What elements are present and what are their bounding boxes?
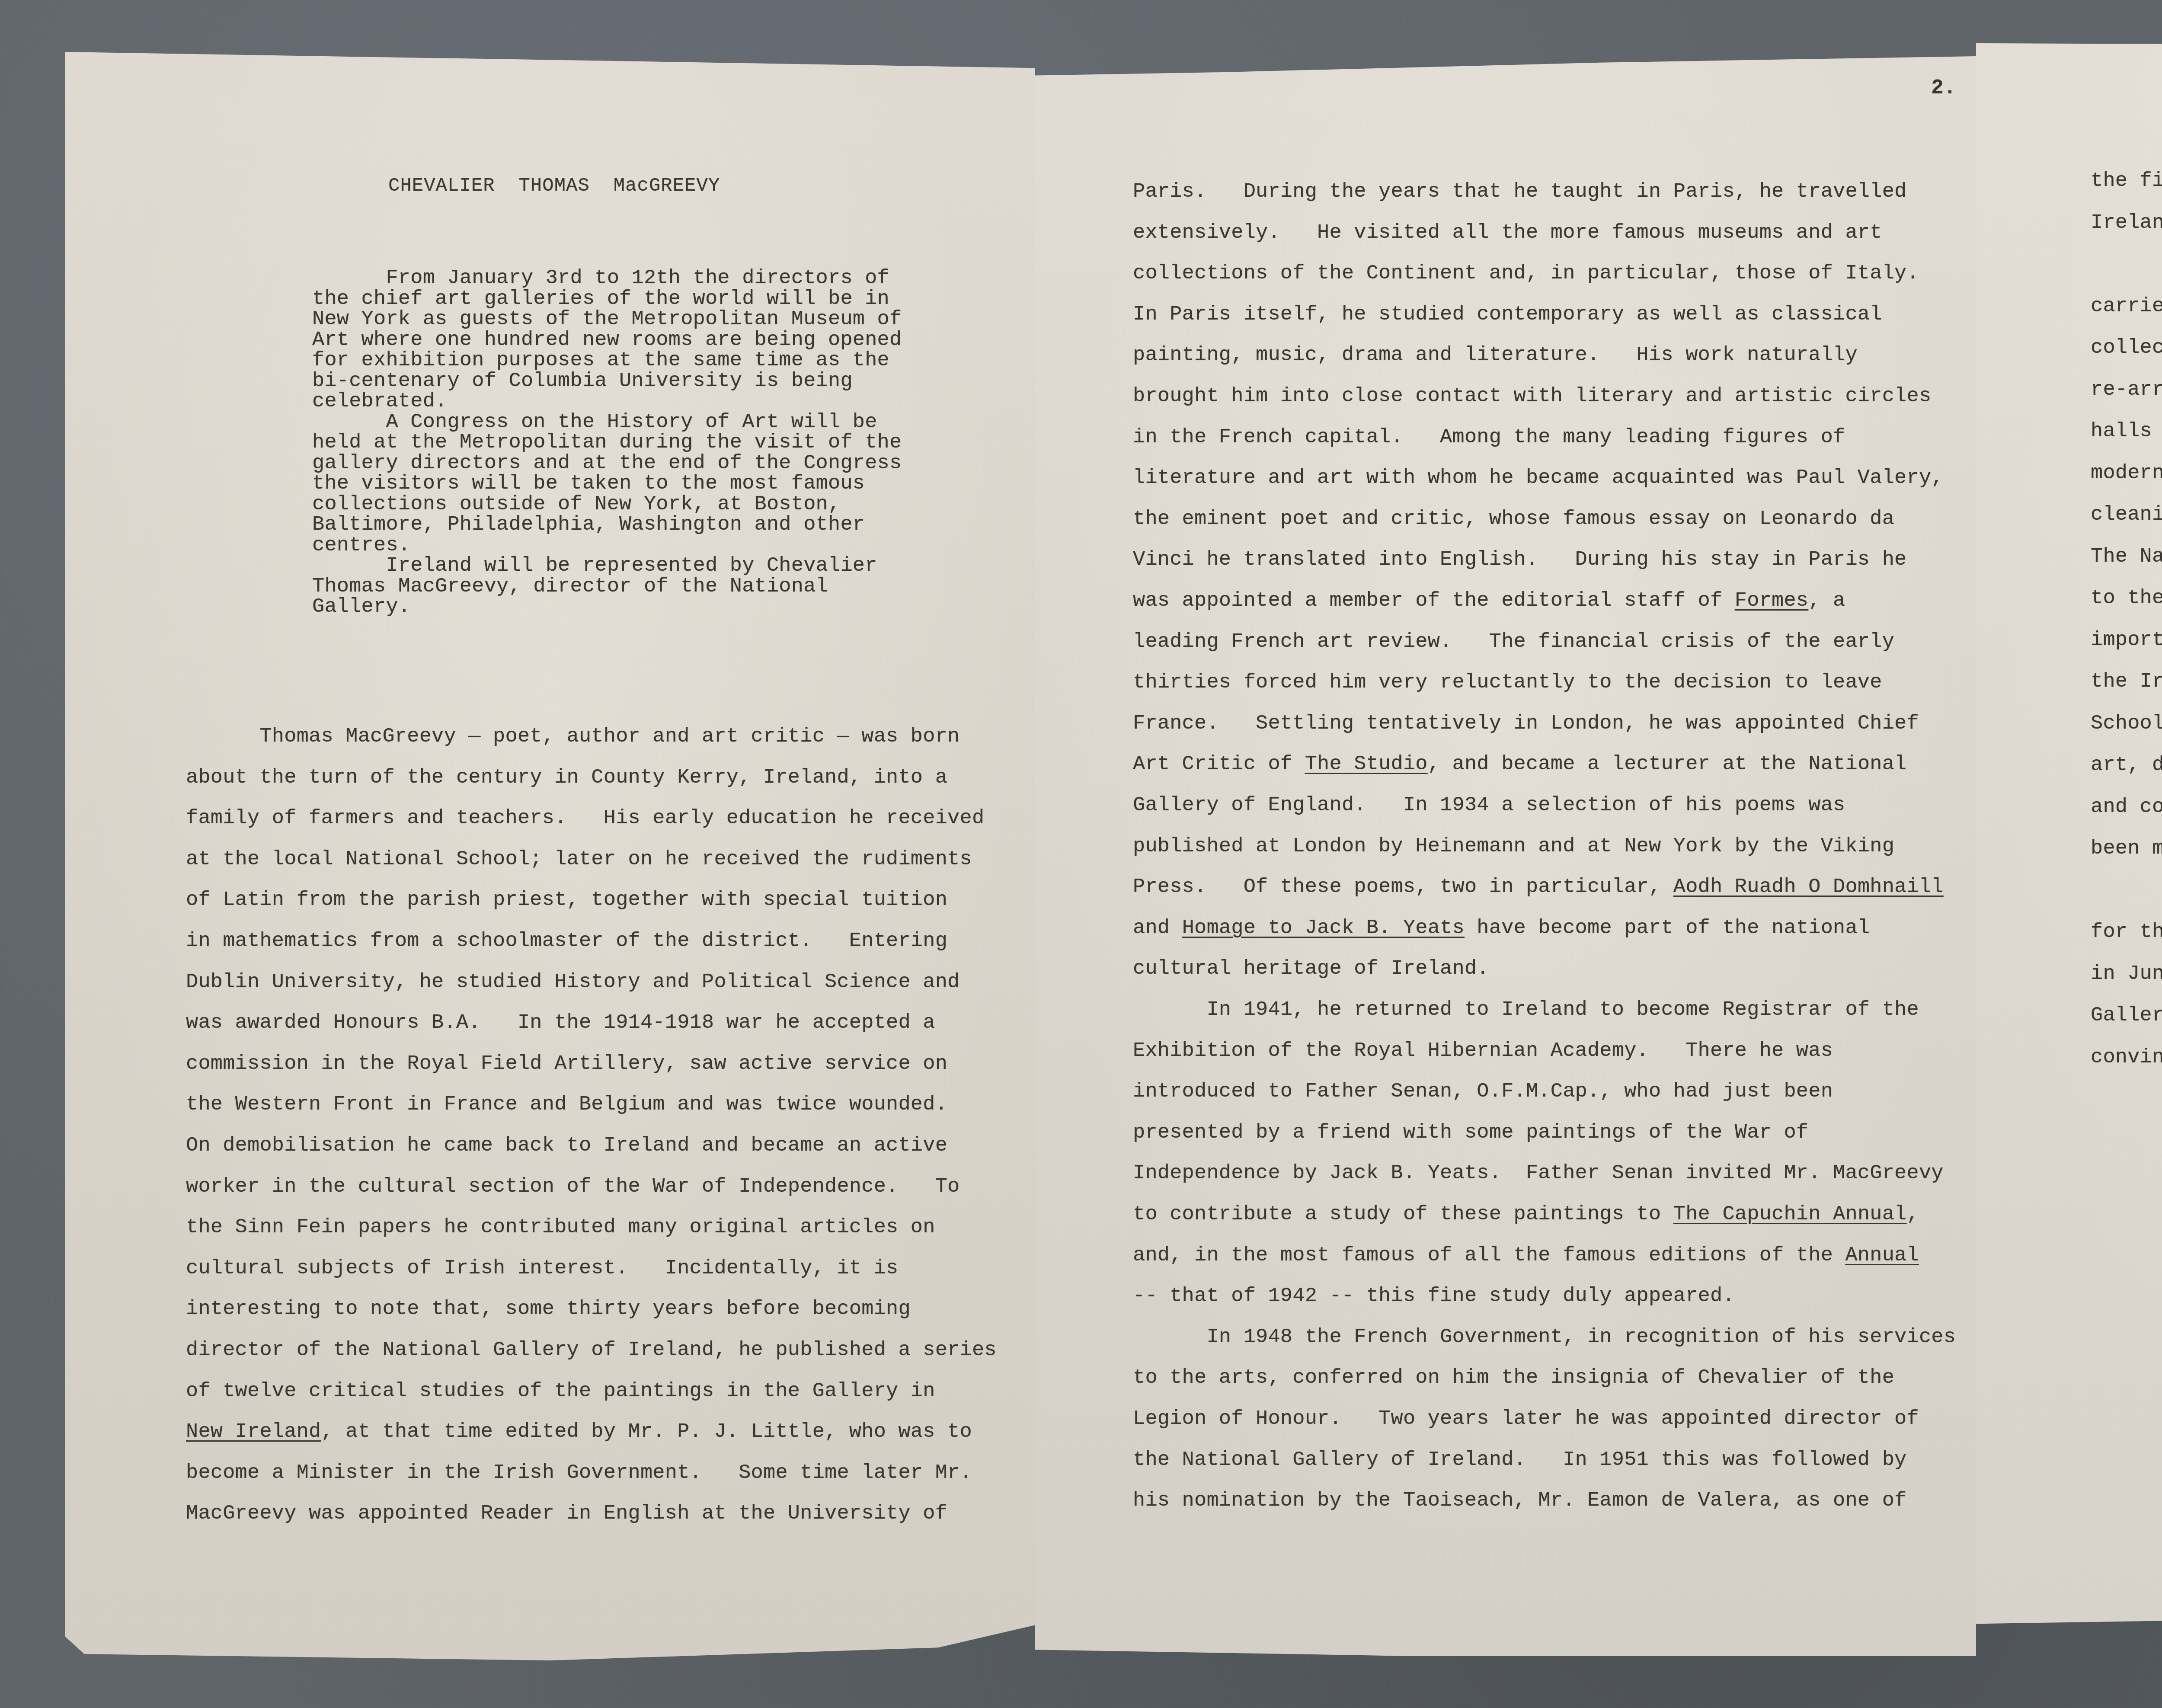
underlined-title: The Capuchin Annual [1673,1203,1907,1226]
text-line: at the local National School; later on h… [186,849,972,870]
text-line: A Congress on the History of Art will be [312,412,877,432]
text-line: The National Portrait Gallery has been r… [2091,547,2162,567]
text-line: New York as guests of the Metropolitan M… [312,309,902,329]
text-line: painting, music, drama and literature. H… [1133,345,1858,365]
text-line: In 1941, he returned to Ireland to becom… [1133,1000,1919,1020]
text-line: centres. [312,535,410,556]
text-line: celebrated. [312,391,447,412]
text-line: to the history of the Irish nation, and … [2091,588,2162,608]
text-line: of Latin from the parish priest, togethe… [186,890,947,910]
text-line: cultural subjects of Irish interest. Inc… [186,1258,898,1279]
document-page-1: CHEVALIER THOMAS MacGREEVY From January … [65,52,1035,1660]
text-line: cultural heritage of Ireland. [1133,959,1489,979]
text-line: for the advancement of Culture and Art i… [2091,922,2162,942]
text-line: and, in the most famous of all the famou… [1133,1245,1919,1266]
text-line: his nomination by the Taoiseach, Mr. Eam… [1133,1491,1907,1511]
text-line: France. Settling tentatively in London, … [1133,713,1919,734]
text-line: Legion of Honour. Two years later he was… [1133,1409,1919,1429]
text-line: introduced to Father Senan, O.F.M.Cap., … [1133,1081,1833,1102]
text-line: the visitors will be taken to the most f… [312,473,865,494]
text-line: held at the Metropolitan during the visi… [312,432,902,453]
text-line: importance made. In pursuance of the dir… [2091,630,2162,650]
text-line: worker in the cultural section of the Wa… [186,1177,960,1197]
text-line: Independence by Jack B. Yeats. Father Se… [1133,1163,1944,1183]
text-line: Schools of Painting that they possess, l… [2091,713,2162,734]
text-line: As director of the National Gallery, Mr.… [2091,254,2162,275]
text-line: In 1948 the French Government, in recogn… [1133,1327,1956,1347]
document-page-2: 2. Paris. During the years that he taugh… [1035,56,1976,1656]
text-line: Gallery. [312,597,410,617]
text-line: Thomas MacGreevy, director of the Nation… [312,576,828,597]
text-line: brought him into close contact with lite… [1133,386,1931,406]
text-line: halls have been re-decorated and the ins… [2091,421,2162,441]
text-line: become a Minister in the Irish Governmen… [186,1463,972,1483]
text-line: literature and art with whom he became a… [1133,468,1944,488]
text-line: the Sinn Fein papers he contributed many… [186,1217,935,1238]
underlined-title: Annual [1845,1244,1919,1267]
document-page-3: 3. the five original members of the newl… [1976,43,2162,1656]
text-line: modern system of lighting has been compl… [2091,463,2162,483]
text-line: in mathematics from a schoolmaster of th… [186,931,947,951]
underlined-title: Homage to Jack B. Yeats [1182,917,1465,940]
text-line: carried out many, many, important improv… [2091,296,2162,317]
text-line: bi-centenary of Columbia University is b… [312,371,853,391]
text-line: published at London by Heinemann and at … [1133,836,1894,857]
text-line: extensively. He visited all the more fam… [1133,223,1882,243]
text-line: Dublin University, he studied History an… [186,972,960,992]
text-line: leading French art review. The financial… [1133,632,1894,652]
text-line: to contribute a study of these paintings… [1133,1204,1919,1225]
text-line: was awarded Honours B.A. In the 1914-191… [186,1013,935,1033]
text-line: New Ireland, at that time edited by Mr. … [186,1422,972,1442]
text-line: art, delivered by leading Irish art expe… [2091,755,2162,775]
text-line: was appointed a member of the editorial … [1133,591,1845,611]
text-line: collections of the Continent and, in par… [1133,263,1919,284]
text-line: for exhibition purposes at the same time… [312,350,889,371]
text-line: in the French capital. Among the many le… [1133,427,1845,448]
text-line: the chief art galleries of the world wil… [312,289,889,309]
text-line: the National Gallery of Ireland. In 1951… [1133,1450,1907,1470]
text-line: Gallery by the board of Governors and Gu… [2091,1005,2162,1026]
text-line: Thomas MacGreevy — poet, author and art … [186,726,960,747]
text-line: Baltimore, Philadelphia, Washington and … [312,515,865,535]
text-line: commission in the Royal Field Artillery,… [186,1054,947,1074]
text-line: On demobilisation he came back to Irelan… [186,1135,947,1156]
underlined-title: New Ireland [186,1420,321,1443]
text-line: to the arts, conferred on him the insign… [1133,1368,1894,1388]
underlined-title: Aodh Ruadh O Domhnaill [1673,876,1944,899]
text-line: and colour reproductions of the more imp… [2091,797,2162,817]
text-line: Paris. During the years that he taught i… [1133,182,1907,202]
text-line: thirties forced him very reluctantly to … [1133,672,1882,693]
text-line: the eminent poet and critic, whose famou… [1133,509,1894,529]
text-line: the Western Front in France and Belgium … [186,1094,947,1115]
text-line: gallery directors and at the end of the … [312,453,902,473]
text-line: From January 3rd to 12th the directors o… [312,268,889,288]
text-line: Art Critic of The Studio, and became a l… [1133,754,1907,774]
text-line: director of the National Gallery of Irel… [186,1340,997,1360]
text-line: the Irish people more richly conscious o… [2091,672,2162,692]
text-line: MacGreevy was appointed Reader in Englis… [186,1503,947,1524]
text-line: collections that belong to the Irish nat… [2091,338,2162,358]
underlined-title: The Studio [1305,753,1428,776]
text-line: presented by a friend with some painting… [1133,1123,1808,1143]
text-line: in June, 1950, of Mr. MacGreevy as direc… [2091,964,2162,984]
underlined-title: Formes [1735,589,1808,612]
text-line: Ireland. [2091,213,2162,233]
text-line: In Paris itself, he studied contemporary… [1133,304,1882,325]
page-number: 2. [1931,78,1956,99]
text-line: been made available to the public at a v… [2091,838,2162,859]
text-line: re-arranged so as to display them to the… [2091,380,2162,400]
text-line: family of farmers and teachers. His earl… [186,808,984,828]
text-line: Gallery of England. In 1934 a selection … [1133,795,1845,816]
document-title: CHEVALIER THOMAS MacGREEVY [388,176,720,195]
text-line: collections outside of New York, at Bost… [312,494,840,515]
text-line: convinced that this statement contains n… [2091,1047,2162,1068]
text-line: Press. Of these poems, two in particular… [1133,877,1944,897]
text-line: the five original members of the newly-f… [2091,171,2162,191]
text-line: cleaning and restoring the paintings has… [2091,505,2162,525]
text-line: interesting to note that, some thirty ye… [186,1299,911,1319]
text-line: -- that of 1942 -- this fine study duly … [1133,1286,1735,1306]
text-line: Exhibition of the Royal Hibernian Academ… [1133,1041,1833,1061]
text-line: about the turn of the century in County … [186,768,947,788]
text-line: It has been said that the most important… [2091,880,2162,901]
text-line: and Homage to Jack B. Yeats have become … [1133,918,1870,938]
text-line: Vinci he translated into English. During… [1133,550,1907,570]
text-line: of twelve critical studies of the painti… [186,1381,935,1401]
text-line: Art where one hundred new rooms are bein… [312,330,902,350]
text-line: Ireland will be represented by Chevalier [312,556,877,576]
